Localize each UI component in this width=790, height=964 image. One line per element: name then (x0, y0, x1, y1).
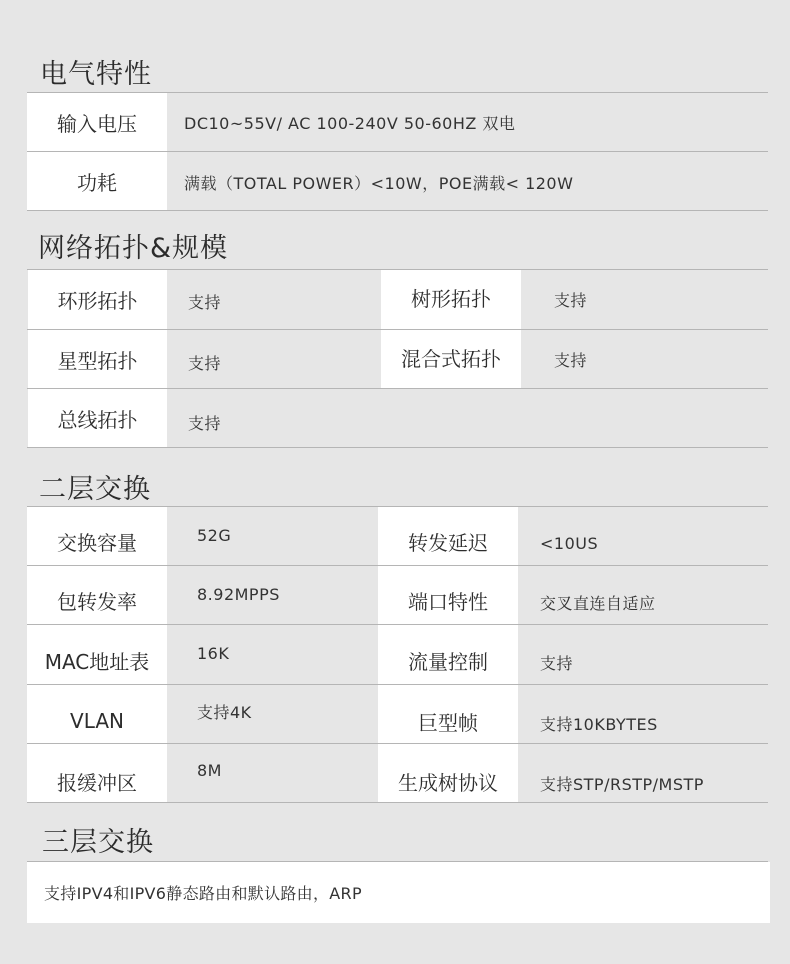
spec-value: 支持4K (197, 685, 252, 743)
spec-value: 交叉直连自适应 (540, 566, 656, 624)
section-title-layer2: 二层交换 (39, 467, 151, 506)
spec-value: 支持 (188, 333, 221, 391)
divider (27, 210, 768, 211)
spec-label: 交换容量 (27, 507, 167, 565)
spec-value: 支持 (540, 625, 573, 684)
spec-value: 支持 (188, 393, 221, 451)
spec-value: 8.92MPPS (197, 566, 280, 624)
layer3-panel: 支持IPV4和IPV6静态路由和默认路由，ARP (27, 862, 770, 923)
divider (27, 802, 768, 803)
section-title-electrical: 电气特性 (40, 52, 152, 91)
spec-label: 功耗 (27, 152, 167, 210)
spec-label: 环形拓扑 (28, 270, 167, 329)
spec-value: 满载（TOTAL POWER）<10W，POE满载< 120W (184, 152, 573, 212)
spec-label: VLAN (27, 685, 167, 743)
spec-label: 端口特性 (378, 566, 518, 624)
spec-value: 16K (197, 625, 229, 684)
spec-label: MAC地址表 (27, 625, 167, 684)
section-title-layer3: 三层交换 (42, 820, 154, 859)
spec-label: 输入电压 (27, 93, 167, 151)
spec-value: 8M (197, 744, 222, 802)
spec-label: 树形拓扑 (381, 270, 521, 329)
spec-value: 支持 (188, 272, 221, 331)
spec-label: 星型拓扑 (28, 330, 167, 388)
spec-value: 支持 (554, 330, 587, 388)
spec-label: 巨型帧 (378, 685, 518, 743)
section-title-topology: 网络拓扑&规模 (38, 226, 228, 265)
spec-label: 包转发率 (27, 566, 167, 624)
spec-label: 报缓冲区 (27, 744, 167, 802)
spec-value: <10US (540, 507, 598, 565)
spec-value: 支持10KBYTES (540, 685, 658, 743)
spec-label: 混合式拓扑 (381, 330, 521, 388)
spec-label: 总线拓扑 (28, 389, 167, 447)
spec-value: 支持STP/RSTP/MSTP (540, 744, 704, 802)
divider (27, 447, 768, 448)
spec-value: DC10~55V/ AC 100-240V 50-60HZ 双电 (184, 93, 515, 151)
spec-label: 生成树协议 (378, 744, 518, 802)
spec-label: 转发延迟 (378, 507, 518, 565)
layer3-description: 支持IPV4和IPV6静态路由和默认路由，ARP (44, 862, 362, 923)
spec-value: 52G (197, 507, 231, 565)
spec-label: 流量控制 (378, 625, 518, 684)
spec-value: 支持 (554, 270, 587, 329)
